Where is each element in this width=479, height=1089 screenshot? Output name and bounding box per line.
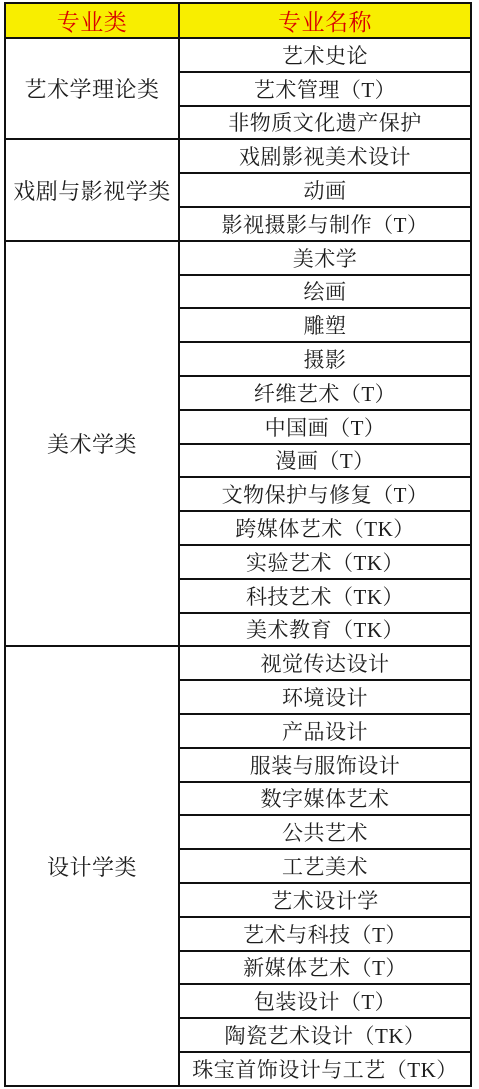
major-cell: 动画 [179, 173, 471, 207]
major-cell: 跨媒体艺术（TK） [179, 511, 471, 545]
header-category: 专业类 [5, 3, 179, 38]
majors-table-page: 专业类 专业名称 艺术学理论类艺术史论艺术管理（T）非物质文化遗产保护戏剧与影视… [0, 0, 479, 1089]
category-cell: 设计学类 [5, 646, 179, 1086]
major-cell: 漫画（T） [179, 444, 471, 478]
major-cell: 文物保护与修复（T） [179, 477, 471, 511]
major-cell: 公共艺术 [179, 815, 471, 849]
major-cell: 产品设计 [179, 714, 471, 748]
major-cell: 服装与服饰设计 [179, 748, 471, 782]
major-cell: 环境设计 [179, 680, 471, 714]
major-cell: 美术教育（TK） [179, 613, 471, 647]
major-cell: 戏剧影视美术设计 [179, 139, 471, 173]
major-cell: 绘画 [179, 275, 471, 309]
major-cell: 包装设计（T） [179, 984, 471, 1018]
header-major-name: 专业名称 [179, 3, 471, 38]
table-row: 艺术学理论类艺术史论 [5, 38, 471, 72]
majors-table: 专业类 专业名称 艺术学理论类艺术史论艺术管理（T）非物质文化遗产保护戏剧与影视… [4, 2, 472, 1087]
major-cell: 艺术与科技（T） [179, 917, 471, 951]
major-cell: 影视摄影与制作（T） [179, 207, 471, 241]
major-cell: 纤维艺术（T） [179, 376, 471, 410]
major-cell: 美术学 [179, 241, 471, 275]
major-cell: 科技艺术（TK） [179, 579, 471, 613]
major-cell: 非物质文化遗产保护 [179, 106, 471, 140]
major-cell: 工艺美术 [179, 849, 471, 883]
major-cell: 珠宝首饰设计与工艺（TK） [179, 1052, 471, 1086]
major-cell: 视觉传达设计 [179, 646, 471, 680]
major-cell: 实验艺术（TK） [179, 545, 471, 579]
header-row: 专业类 专业名称 [5, 3, 471, 38]
category-cell: 艺术学理论类 [5, 38, 179, 139]
table-row: 设计学类视觉传达设计 [5, 646, 471, 680]
category-cell: 美术学类 [5, 241, 179, 647]
major-cell: 中国画（T） [179, 410, 471, 444]
category-cell: 戏剧与影视学类 [5, 139, 179, 240]
major-cell: 摄影 [179, 342, 471, 376]
major-cell: 艺术设计学 [179, 883, 471, 917]
major-cell: 艺术史论 [179, 38, 471, 72]
table-row: 戏剧与影视学类戏剧影视美术设计 [5, 139, 471, 173]
major-cell: 陶瓷艺术设计（TK） [179, 1018, 471, 1052]
major-cell: 雕塑 [179, 308, 471, 342]
major-cell: 数字媒体艺术 [179, 782, 471, 816]
table-row: 美术学类美术学 [5, 241, 471, 275]
major-cell: 艺术管理（T） [179, 72, 471, 106]
major-cell: 新媒体艺术（T） [179, 951, 471, 985]
